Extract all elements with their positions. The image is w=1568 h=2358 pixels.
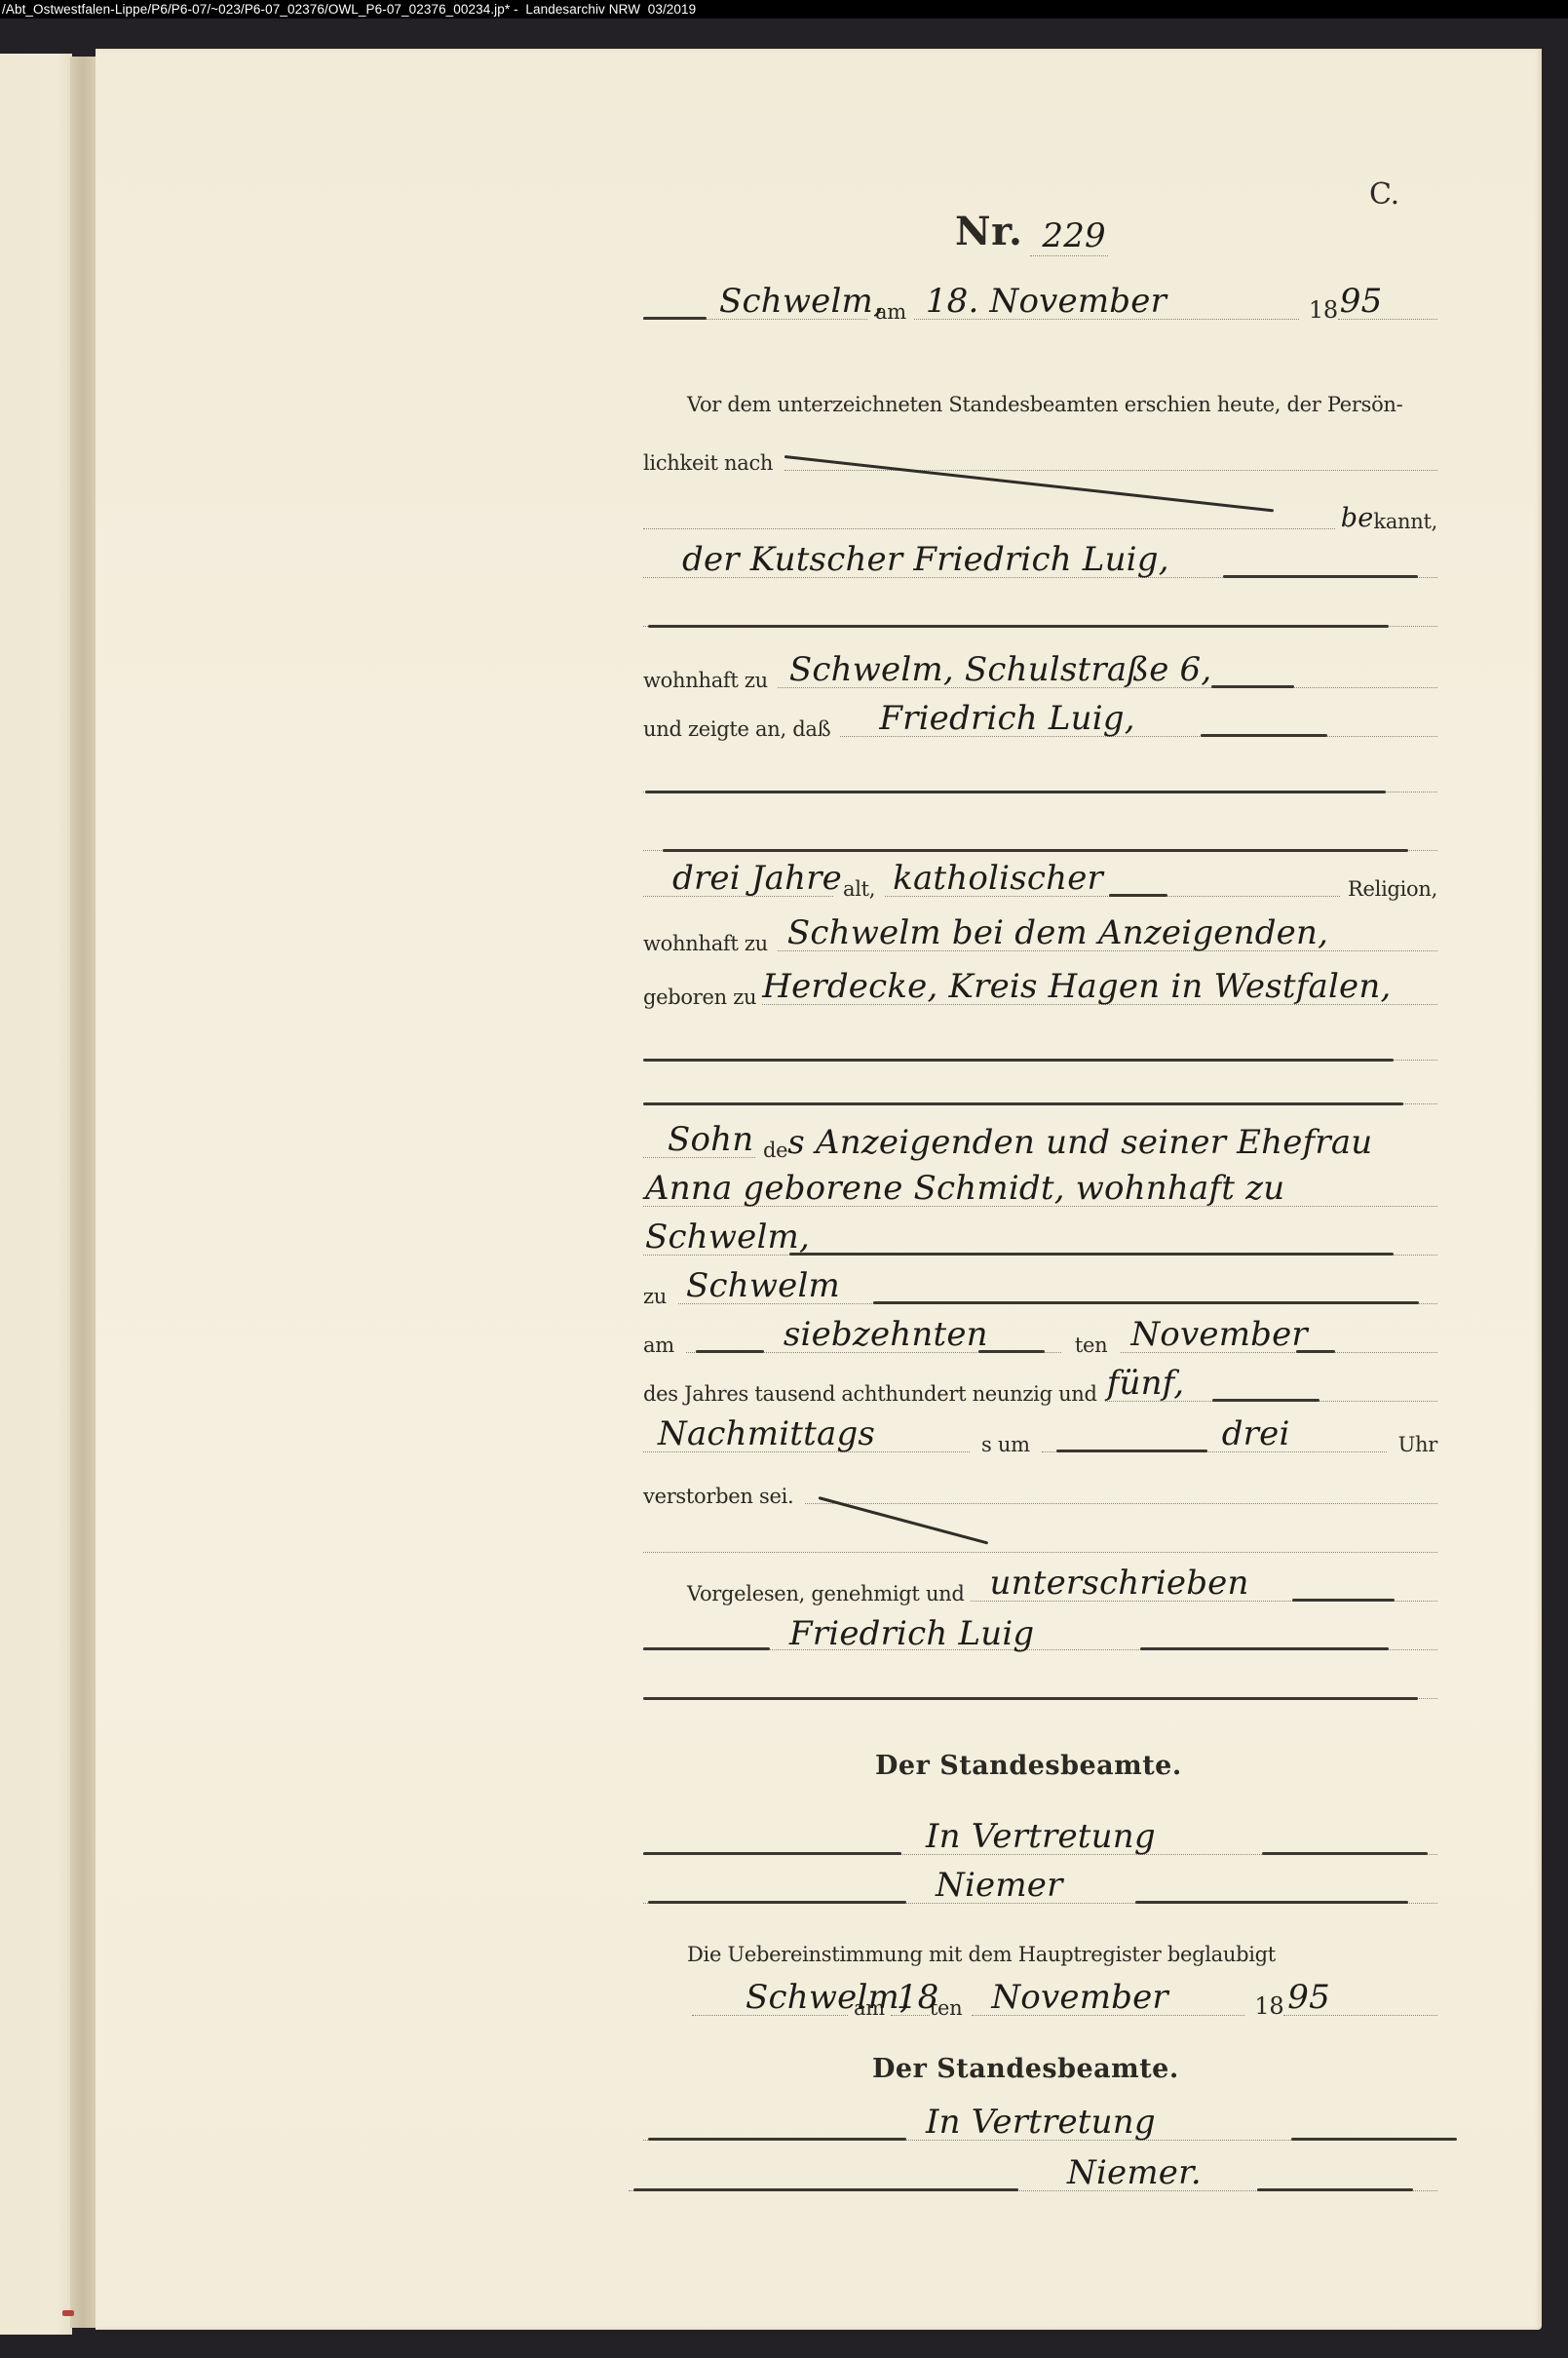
number-field: 229 [1030, 215, 1108, 256]
blank-dash [643, 317, 707, 320]
declarant-row: der Kutscher Friedrich Luig, [643, 541, 1437, 584]
registrar-heading: Der Standesbeamte. [875, 1751, 1182, 1783]
cert-day: 18 [897, 1978, 939, 2019]
declarant-signature-row: Friedrich Luig [643, 1613, 1437, 1656]
bekannt-printed: kannt, [1373, 510, 1437, 535]
cert-vertretung: In Vertretung [926, 2103, 1156, 2144]
read-approved-row: Vorgelesen, genehmigt und unterschrieben [687, 1565, 1437, 1607]
mother-value: Anna geborene Schmidt, wohnhaft zu [645, 1169, 1284, 1210]
registrar-vertretung: In Vertretung [926, 1817, 1156, 1858]
declarant-residence-row: wohnhaft zu Schwelm, Schulstraße 6, [643, 651, 1437, 694]
read-value: unterschrieben [990, 1564, 1249, 1604]
birthplace-value: Herdecke, Kreis Hagen in Westfalen, [762, 967, 1391, 1008]
blank-row [643, 1024, 1437, 1066]
death-time-row: Nachmittags s um drei Uhr [643, 1415, 1437, 1458]
certification-date-row: Schwelm, am 18 ten November 18 95 [692, 1979, 1437, 2022]
time-hour-value: drei [1222, 1414, 1290, 1455]
verstorben-row: verstorben sei. [643, 1467, 1437, 1510]
deceased-residence-row: wohnhaft zu Schwelm bei dem Anzeigenden, [643, 914, 1437, 957]
cert-vertretung-row: In Vertretung [643, 2104, 1437, 2146]
deceased-name: Friedrich Luig, [879, 699, 1134, 740]
death-place-value: Schwelm [686, 1266, 840, 1307]
cert-signature: Niemer. [1067, 2153, 1202, 2194]
declarant-residence-value: Schwelm, Schulstraße 6, [789, 650, 1212, 691]
number-value: 229 [1042, 216, 1106, 257]
religion-value: katholischer [893, 859, 1103, 900]
record-number: Nr. 229 [955, 209, 1108, 256]
cert-month: November [991, 1978, 1168, 2019]
parents-row-2: Anna geborene Schmidt, wohnhaft zu [643, 1170, 1437, 1213]
parents-residence-value: Schwelm, [645, 1218, 810, 1258]
registrar-signature: Niemer [936, 1866, 1063, 1907]
parents-row-1: Sohn de s Anzeigenden und seiner Ehefrau [643, 1121, 1437, 1164]
header-date: 18. November [926, 282, 1166, 323]
deceased-residence-value: Schwelm bei dem Anzeigenden, [787, 913, 1328, 954]
blank-row [643, 590, 1437, 633]
header-place: Schwelm, [719, 282, 884, 323]
number-label: Nr. [955, 209, 1022, 256]
death-date-row: am siebzehnten ten November [643, 1316, 1437, 1359]
header-date-row: Schwelm, am 18. November 18 95 [643, 283, 1437, 326]
bekannt-row: be kannt, [643, 492, 1437, 535]
form-letter: C. [1369, 177, 1399, 213]
parents-value: s Anzeigenden und seiner Ehefrau [787, 1123, 1372, 1164]
bekannt-handwritten: be [1341, 503, 1374, 535]
birthplace-row: geboren zu Herdecke, Kreis Hagen in West… [643, 968, 1437, 1011]
death-record-form: C. Nr. 229 Schwelm, am 18. November 18 9… [0, 0, 1568, 2358]
year-suffix: 95 [1340, 282, 1383, 323]
registrar-signature-row: Niemer [643, 1867, 1437, 1910]
time-of-day-value: Nachmittags [658, 1414, 875, 1455]
reported-row: und zeigte an, daß Friedrich Luig, [643, 700, 1437, 743]
year-prefix: 18 [1309, 296, 1338, 326]
death-year-value: fünf, [1107, 1364, 1185, 1405]
blank-row [643, 814, 1437, 857]
death-month-value: November [1130, 1315, 1308, 1356]
age-religion-row: drei Jahre alt, katholischer Religion, [643, 860, 1437, 903]
death-year-row: des Jahres tausend achthundert neunzig u… [643, 1365, 1437, 1408]
cert-heading: Der Standesbeamte. [872, 2054, 1179, 2086]
cert-place: Schwelm, [746, 1978, 910, 2019]
declarant-value: der Kutscher Friedrich Luig, [682, 540, 1169, 581]
relation-value: Sohn [668, 1120, 753, 1161]
blank-row [643, 1067, 1437, 1110]
blank-row [643, 1516, 1437, 1559]
cert-year-suffix: 95 [1287, 1978, 1330, 2019]
lichkeit-row: lichkeit nach [643, 434, 1437, 477]
intro-line: Vor dem unterzeichneten Standesbeamten e… [687, 375, 1437, 418]
blank-row [643, 1662, 1437, 1705]
cert-signature-row: Niemer. [629, 2154, 1437, 2197]
declarant-signature: Friedrich Luig [789, 1614, 1034, 1655]
age-value: drei Jahre [672, 859, 842, 900]
registrar-vertretung-row: In Vertretung [643, 1818, 1437, 1861]
blank-row [643, 755, 1437, 798]
death-day-value: siebzehnten [784, 1315, 988, 1356]
death-place-row: zu Schwelm [643, 1267, 1437, 1310]
parents-row-3: Schwelm, [643, 1218, 1437, 1261]
certification-line: Die Uebereinstimmung mit dem Hauptregist… [687, 1925, 1437, 1968]
